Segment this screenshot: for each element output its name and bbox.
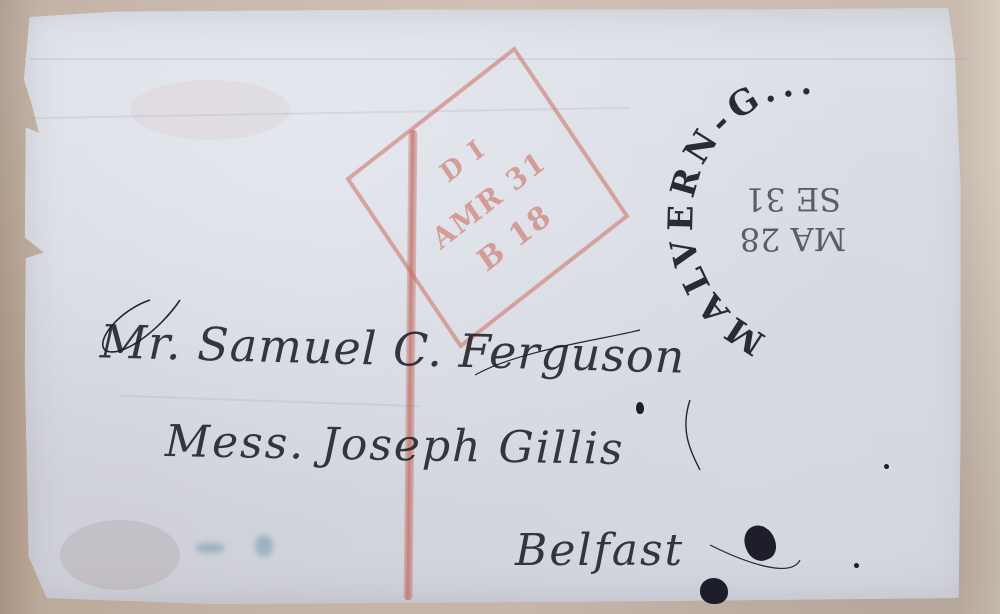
ink-blot: [884, 464, 889, 469]
ink-blot: [854, 563, 859, 568]
handwritten-address: Mr. Samuel C. Ferguson Mess. Joseph Gill…: [0, 0, 1000, 614]
address-line-2: Mess. Joseph Gillis: [165, 416, 625, 475]
ink-blot: [636, 402, 644, 414]
ink-blot: [700, 578, 728, 604]
flourish-strokes: [0, 0, 1000, 614]
address-line-3: Belfast: [515, 525, 684, 576]
